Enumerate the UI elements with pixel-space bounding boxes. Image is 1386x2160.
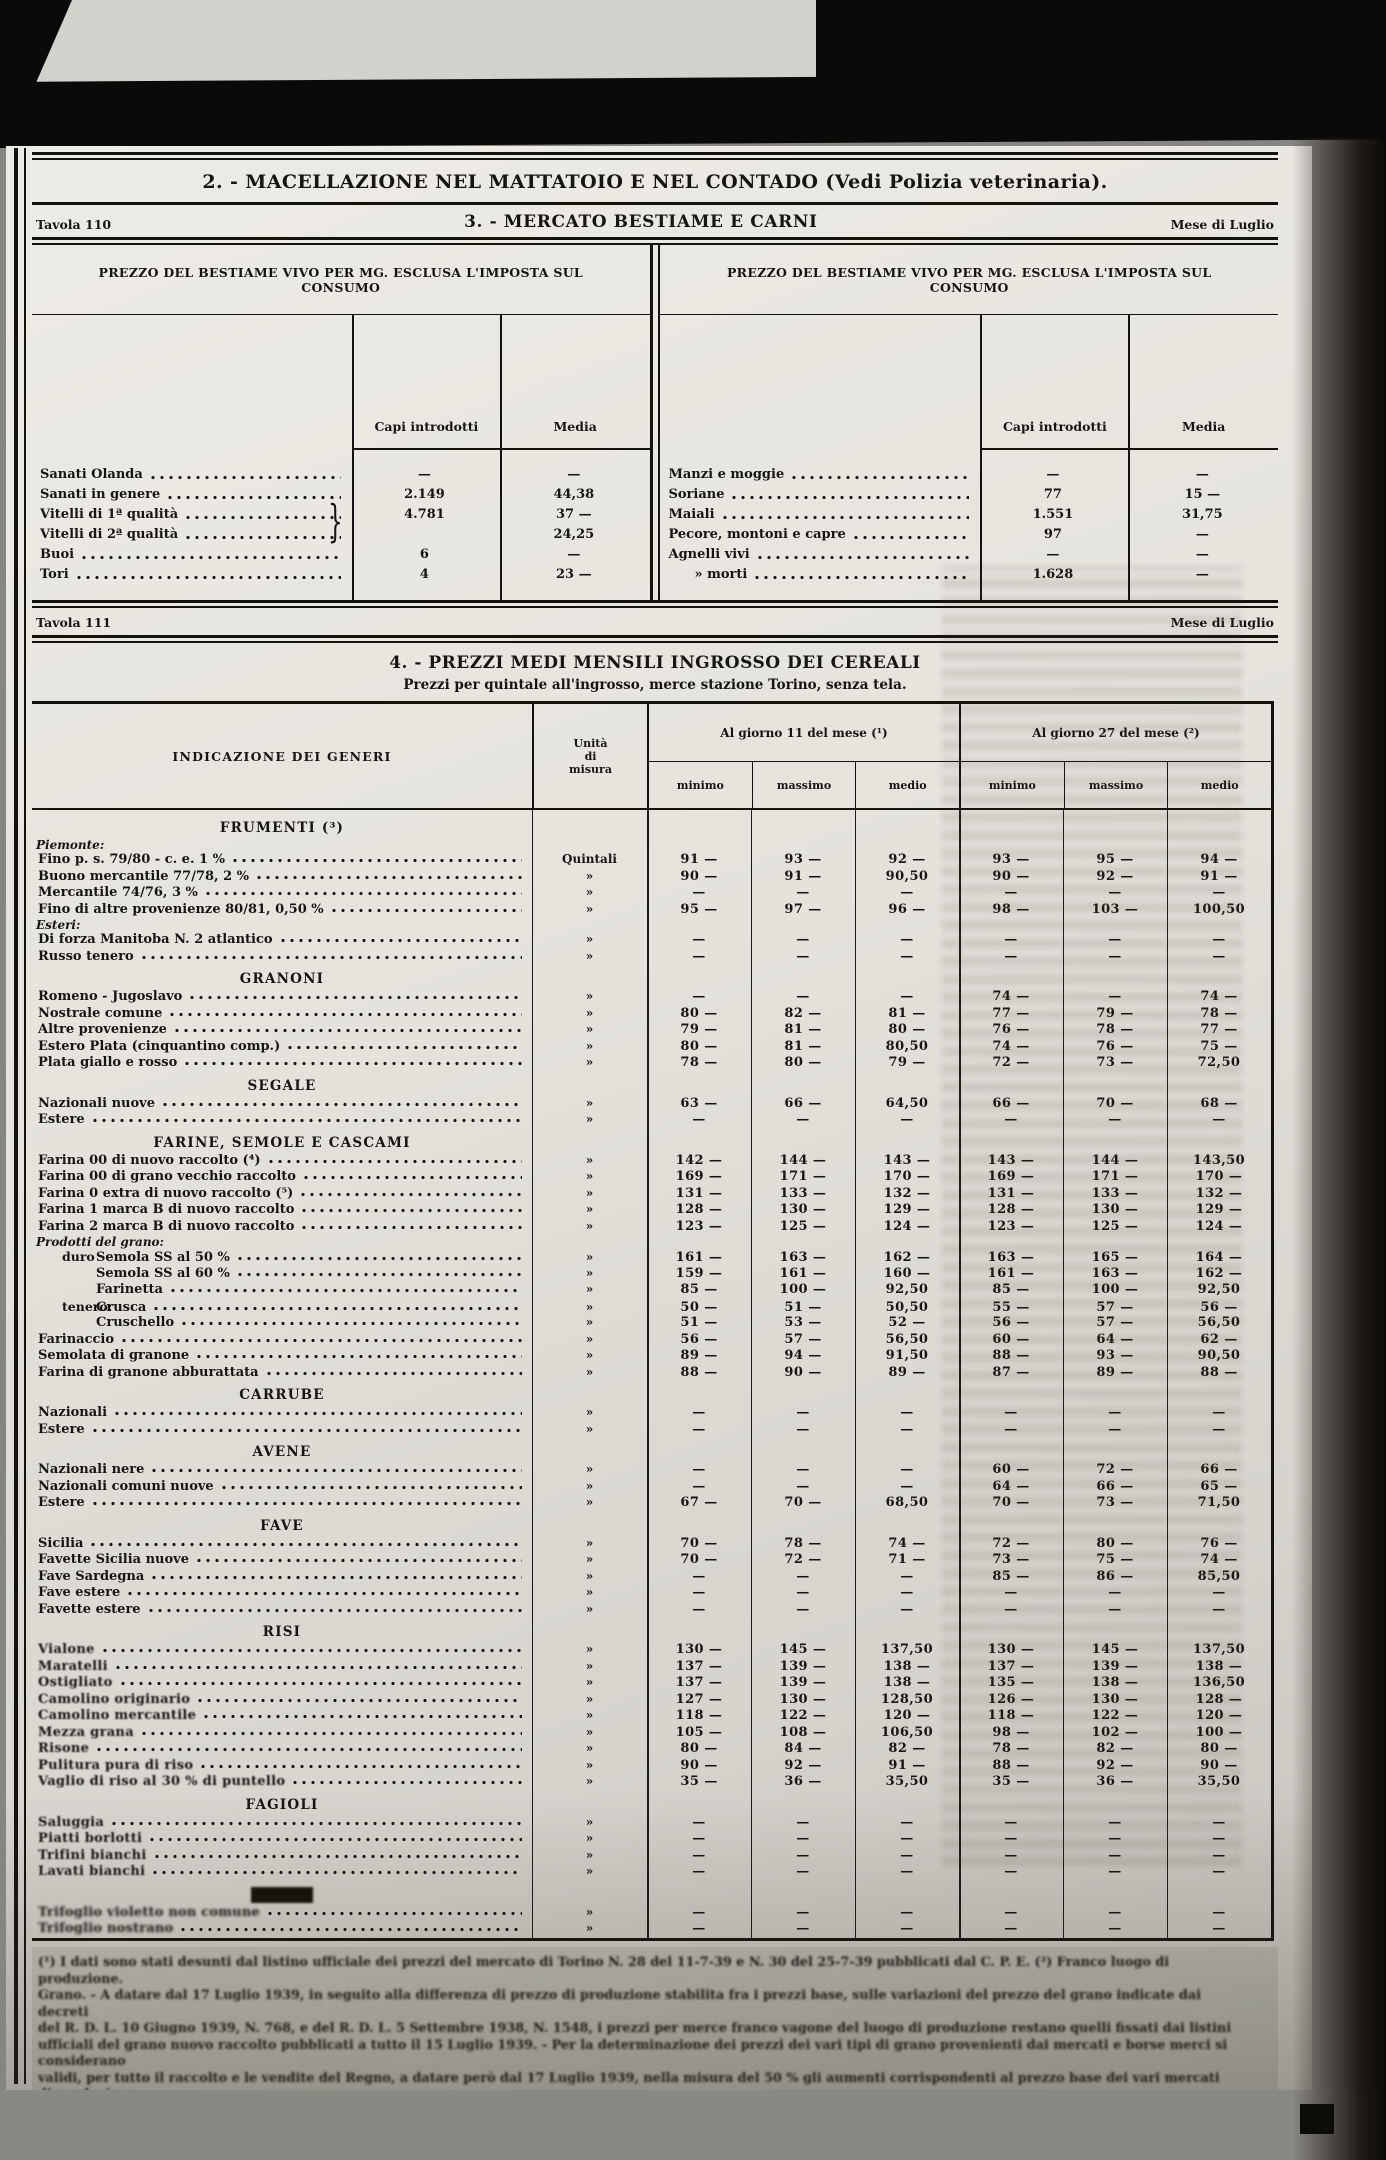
price-cell: 129 — — [855, 1202, 959, 1217]
row-label-wrap: Maiali — [660, 505, 979, 524]
price-cell: — — [855, 1479, 959, 1494]
capi-value: 4.781 — [351, 505, 498, 524]
price-cell: — — [1063, 885, 1167, 900]
section-header-text: FAGIOLI — [245, 1797, 318, 1813]
price-cell: — — [751, 1405, 855, 1420]
media-value: 23 — — [498, 565, 649, 584]
price-cell: 133 — — [751, 1186, 855, 1201]
price-cell: 63 — — [647, 1096, 751, 1111]
row-label: Maratelli — [38, 1659, 108, 1674]
price-cell: 143,50 — [1167, 1153, 1271, 1168]
row-label: Camolino mercantile — [38, 1708, 196, 1723]
row-label-wrap: Favette estere — [32, 1602, 532, 1617]
dot-leader — [149, 1608, 522, 1613]
price-cell: — — [751, 1815, 855, 1830]
dot-leader — [185, 1061, 522, 1066]
price-cell: 50,50 — [855, 1300, 959, 1315]
section-4-subtitle: Prezzi per quintale all'ingrosso, merce … — [32, 675, 1278, 701]
dot-leader — [238, 1256, 522, 1261]
price-cell: 142 — — [647, 1153, 751, 1168]
row-label: Nostrale comune — [38, 1006, 162, 1021]
cereal-row: tenero:Crusca»50 —51 —50,5055 —57 —56 — — [32, 1299, 1271, 1316]
price-cell: — — [959, 1815, 1063, 1830]
row-label-wrap: Sanati in genere — [32, 485, 351, 504]
dot-leader — [171, 1288, 522, 1293]
dot-leader — [154, 1306, 522, 1311]
price-cell: 80 — — [647, 1006, 751, 1021]
row-label: Estere — [38, 1495, 85, 1510]
dot-leader — [302, 1208, 522, 1213]
price-cell: 91 — — [647, 852, 751, 867]
dot-leader — [201, 1764, 522, 1769]
row-label-wrap: Farinaccio — [32, 1332, 532, 1347]
row-label: Cruschello — [96, 1315, 174, 1330]
column-line — [855, 810, 856, 1938]
bestiame-right-rows: Manzi e moggie——Soriane7715 —Maiali1.551… — [660, 465, 1278, 585]
cereal-row: Saluggia»—————— — [32, 1815, 1271, 1832]
bestiame-left-subheader: Capi introdotti Media — [352, 315, 650, 450]
row-label: Estere — [38, 1422, 85, 1437]
price-cell: 68,50 — [855, 1495, 959, 1510]
row-label-wrap: Trifini bianchi — [32, 1848, 532, 1863]
price-cell: 35,50 — [1167, 1774, 1271, 1789]
dot-leader — [293, 1780, 522, 1785]
section-header: FAGIOLI — [32, 1791, 532, 1815]
section-header-text: FRUMENTI (³) — [220, 820, 344, 836]
section-header-text: FAVE — [260, 1518, 304, 1534]
price-cell: — — [959, 932, 1063, 947]
indicazione-generi-header: INDICAZIONE DEI GENERI — [32, 704, 532, 808]
row-label: Farina 1 marca B di nuovo raccolto — [38, 1202, 294, 1217]
price-cell: — — [1063, 1848, 1167, 1863]
price-cell: — — [855, 1905, 959, 1920]
rule — [32, 152, 1278, 160]
row-label-wrap: Nazionali — [32, 1405, 532, 1420]
row-label-wrap: Estere — [32, 1112, 532, 1127]
price-cell: — — [647, 1921, 751, 1936]
row-label: Vitelli di 1ª qualità — [40, 505, 178, 524]
capi-value: 2.149 — [351, 485, 498, 504]
price-cell: 137 — — [647, 1659, 751, 1674]
price-cell: — — [1167, 1585, 1271, 1600]
unit-cell: » — [532, 902, 647, 917]
price-cell: 90 — — [751, 1365, 855, 1380]
row-label: Soriane — [668, 485, 724, 504]
row-label-wrap: Nostrale comune — [32, 1006, 532, 1021]
tavola-111-label: Tavola 111 — [36, 615, 111, 630]
row-label-wrap: Camolino mercantile — [32, 1708, 532, 1723]
price-cell: 74 — — [959, 989, 1063, 1004]
cereal-row: Mercantile 74/76, 3 %»—————— — [32, 885, 1271, 902]
unit-cell: » — [532, 949, 647, 964]
row-prefix: tenero: — [38, 1299, 96, 1314]
price-cell: — — [1063, 1585, 1167, 1600]
price-cell: 122 — — [751, 1708, 855, 1723]
price-cell: 88 — — [959, 1758, 1063, 1773]
row-label-wrap: Pulitura pura di riso — [32, 1758, 532, 1773]
unit-cell: Quintali — [532, 852, 647, 867]
scan-blob-top-right — [816, 0, 1386, 85]
price-cell: — — [647, 1462, 751, 1477]
price-cell: — — [751, 1602, 855, 1617]
price-cell: 120 — — [1167, 1708, 1271, 1723]
price-cell: 106,50 — [855, 1725, 959, 1740]
price-cell: 102 — — [1063, 1725, 1167, 1740]
row-label: Fave estere — [38, 1585, 120, 1600]
price-cell: 56,50 — [1167, 1315, 1271, 1330]
dot-leader — [112, 1821, 522, 1826]
unit-cell: » — [532, 1169, 647, 1184]
price-cell: 138 — — [1167, 1659, 1271, 1674]
unit-cell: » — [532, 1552, 647, 1567]
price-cell: — — [855, 1422, 959, 1437]
bestiame-right-subheader: Capi introdotti Media — [980, 315, 1278, 450]
dot-leader — [151, 475, 341, 480]
cereal-row: Fino di altre provenienze 80/81, 0,50 %»… — [32, 902, 1271, 919]
price-cell: — — [1063, 1831, 1167, 1846]
price-cell: 81 — — [751, 1022, 855, 1037]
row-label-wrap: Farina 00 di grano vecchio raccolto — [32, 1169, 532, 1184]
price-cell: — — [855, 1815, 959, 1830]
section-4-title: 4. - PREZZI MEDI MENSILI INGROSSO DEI CE… — [32, 643, 1278, 675]
cereal-row: Favette Sicilia nuove»70 —72 —71 —73 —75… — [32, 1552, 1271, 1569]
price-cell: 100,50 — [1167, 902, 1271, 917]
dot-leader — [122, 1338, 522, 1343]
price-cell: 144 — — [751, 1153, 855, 1168]
bestiame-row: Pecore, montoni e capre97— — [660, 525, 1278, 545]
unit-cell: » — [532, 1479, 647, 1494]
cereal-row: Trifoglio violetto non comune»—————— — [32, 1905, 1271, 1922]
dot-leader — [153, 1870, 522, 1875]
price-cell: 55 — — [959, 1300, 1063, 1315]
price-cell: 128 — — [647, 1202, 751, 1217]
row-label-wrap: Buono mercantile 77/78, 2 % — [32, 869, 532, 884]
section-header: SEMI — [32, 1881, 532, 1905]
price-cell: 171 — — [751, 1169, 855, 1184]
row-label-wrap: Farina 0 extra di nuovo raccolto (⁵) — [32, 1186, 532, 1201]
cereal-row: Semola SS al 60 %»159 —161 —160 —161 —16… — [32, 1266, 1271, 1283]
section-header: SEGALE — [32, 1072, 532, 1096]
price-cell: 89 — — [1063, 1365, 1167, 1380]
price-cell: 70 — — [647, 1552, 751, 1567]
unit-cell: » — [532, 1741, 647, 1756]
unita-misura-header: Unitàdimisura — [532, 704, 647, 808]
row-label-wrap: Plata giallo e rosso — [32, 1055, 532, 1070]
rule — [32, 237, 1278, 245]
price-cell: 90 — — [647, 869, 751, 884]
row-label-wrap: Piatti borlotti — [32, 1831, 532, 1846]
row-label-wrap: Russo tenero — [32, 949, 532, 964]
price-cell: 93 — — [751, 852, 855, 867]
price-cell: 135 — — [959, 1675, 1063, 1690]
bestiame-right-grid: Capi introdotti Media Manzi e moggie——So… — [660, 315, 1278, 600]
price-cell: 78 — — [751, 1536, 855, 1551]
row-label-wrap: Vialone — [32, 1642, 532, 1657]
row-label: Piatti borlotti — [38, 1831, 142, 1846]
giorno-27-group: Al giorno 27 del mese (²) minimo massimo… — [959, 704, 1271, 808]
row-label-wrap: Nazionali nuove — [32, 1096, 532, 1111]
price-cell: 35 — — [647, 1774, 751, 1789]
row-prefix: duro — [38, 1249, 96, 1264]
price-cell: 57 — — [751, 1332, 855, 1347]
dot-leader — [93, 1428, 522, 1433]
dot-leader — [142, 955, 522, 960]
price-cell: 92 — — [1063, 1758, 1167, 1773]
unit-cell: » — [532, 1774, 647, 1789]
row-label: Trifoglio nostrano — [38, 1921, 173, 1936]
row-label-wrap: Vitelli di 1ª qualità — [32, 505, 351, 524]
price-cell: 51 — — [647, 1315, 751, 1330]
price-cell: 139 — — [751, 1659, 855, 1674]
price-cell: 127 — — [647, 1692, 751, 1707]
price-cell: 72 — — [959, 1536, 1063, 1551]
dot-leader — [723, 515, 970, 520]
price-cell: 169 — — [959, 1169, 1063, 1184]
row-label-wrap: Fave Sardegna — [32, 1569, 532, 1584]
price-cell: 81 — — [751, 1039, 855, 1054]
cereal-row: Farina 2 marca B di nuovo raccolto»123 —… — [32, 1219, 1271, 1236]
cereal-row: Nazionali nuove»63 —66 —64,5066 —70 —68 … — [32, 1096, 1271, 1113]
row-label: Farinaccio — [38, 1332, 114, 1347]
row-label-wrap: Estere — [32, 1495, 532, 1510]
row-label: Vaglio di riso al 30 % di puntello — [38, 1774, 285, 1789]
price-cell: 73 — — [959, 1552, 1063, 1567]
row-label: Nazionali nuove — [38, 1096, 155, 1111]
price-cell: — — [647, 932, 751, 947]
dot-leader — [82, 555, 341, 560]
price-cell: 56 — — [1167, 1300, 1271, 1315]
bestiame-right-header: PREZZO DEL BESTIAME VIVO PER MG. ESCLUSA… — [660, 245, 1278, 315]
price-cell: 78 — — [1167, 1006, 1271, 1021]
bestiame-table: PREZZO DEL BESTIAME VIVO PER MG. ESCLUSA… — [32, 245, 1278, 603]
price-cell: — — [751, 1585, 855, 1600]
price-cell: 138 — — [855, 1675, 959, 1690]
price-cell: — — [1167, 1905, 1271, 1920]
giorno-11-header: Al giorno 11 del mese (¹) — [649, 704, 959, 762]
price-cell: 90,50 — [855, 869, 959, 884]
price-cell: 91,50 — [855, 1348, 959, 1363]
price-cell: 66 — — [1063, 1479, 1167, 1494]
cereal-row: Maratelli»137 —139 —138 —137 —139 —138 — — [32, 1659, 1271, 1676]
price-cell: 91 — — [751, 869, 855, 884]
dot-leader — [304, 1175, 522, 1180]
price-cell: — — [1063, 1864, 1167, 1879]
group-label: Prodotti del grano: — [32, 1235, 1271, 1249]
group-label: Esteri: — [32, 918, 1271, 932]
price-cell: — — [1063, 949, 1167, 964]
paper: 2. - MACELLAZIONE NEL MATTATOIO E NEL CO… — [6, 146, 1312, 2090]
price-cell: 64 — — [1063, 1332, 1167, 1347]
bestiame-row: Tori423 — — [32, 565, 650, 585]
media-value: — — [1127, 545, 1278, 564]
price-cell: — — [751, 1905, 855, 1920]
price-cell: — — [647, 1864, 751, 1879]
unit-cell: » — [532, 1348, 647, 1363]
scan-bottom-area — [0, 2090, 1386, 2160]
bestiame-row: Buoi6— — [32, 545, 650, 565]
unita-misura-line: di — [585, 750, 597, 763]
unit-cell: » — [532, 1905, 647, 1920]
price-cell: — — [751, 1831, 855, 1846]
row-label: Agnelli vivi — [668, 545, 749, 564]
row-label-wrap: Nazionali comuni nuove — [32, 1479, 532, 1494]
price-cell: 125 — — [1063, 1219, 1167, 1234]
row-label: Risone — [38, 1741, 89, 1756]
price-cell: 139 — — [751, 1675, 855, 1690]
unit-cell: » — [532, 1202, 647, 1217]
price-cell: — — [855, 885, 959, 900]
price-cell: 75 — — [1167, 1039, 1271, 1054]
price-cell: 80 — — [1063, 1536, 1167, 1551]
dot-leader — [155, 1854, 522, 1859]
price-cell: — — [959, 1602, 1063, 1617]
bestiame-left-header: PREZZO DEL BESTIAME VIVO PER MG. ESCLUSA… — [32, 245, 650, 315]
price-cell: 60 — — [959, 1462, 1063, 1477]
cereal-row: Favette estere»—————— — [32, 1602, 1271, 1619]
unit-cell: » — [532, 1462, 647, 1477]
unit-cell: » — [532, 1725, 647, 1740]
price-cell: 74 — — [959, 1039, 1063, 1054]
row-label: Fave Sardegna — [38, 1569, 144, 1584]
row-label: Semola SS al 60 % — [96, 1266, 230, 1281]
unit-cell: » — [532, 1096, 647, 1111]
cereal-row: Nazionali nere»———60 —72 —66 — — [32, 1462, 1271, 1479]
price-cell: — — [959, 949, 1063, 964]
price-cell: 137 — — [959, 1659, 1063, 1674]
price-cell: — — [959, 1422, 1063, 1437]
row-label-wrap: Soriane — [660, 485, 979, 504]
unit-cell: » — [532, 1692, 647, 1707]
cereal-row: Fino p. s. 79/80 - c. e. 1 %Quintali91 —… — [32, 852, 1271, 869]
price-cell: 90 — — [647, 1758, 751, 1773]
cereal-row: Fave estere»—————— — [32, 1585, 1271, 1602]
row-label: Mezza grana — [38, 1725, 134, 1740]
dot-leader — [186, 535, 341, 540]
price-cell: 122 — — [1063, 1708, 1167, 1723]
price-cell: 137 — — [647, 1675, 751, 1690]
dot-leader — [758, 555, 970, 560]
cereal-row: Mezza grana»105 —108 —106,5098 —102 —100… — [32, 1725, 1271, 1742]
column-line — [959, 810, 961, 1938]
row-label-wrap: Cruschello — [32, 1315, 532, 1330]
price-cell: 56 — — [647, 1332, 751, 1347]
price-cell: — — [647, 1585, 751, 1600]
row-label: Fino di altre provenienze 80/81, 0,50 % — [38, 902, 324, 917]
cereal-row: Camolino originario»127 —130 —128,50126 … — [32, 1692, 1271, 1709]
column-line — [532, 810, 533, 1938]
price-cell: 64 — — [959, 1479, 1063, 1494]
price-cell: 138 — — [855, 1659, 959, 1674]
page-content: 2. - MACELLAZIONE NEL MATTATOIO E NEL CO… — [32, 146, 1278, 2155]
price-cell: — — [855, 1569, 959, 1584]
price-cell: 93 — — [1063, 1348, 1167, 1363]
row-label-wrap: Di forza Manitoba N. 2 atlantico — [32, 932, 532, 947]
price-cell: 170 — — [855, 1169, 959, 1184]
dot-leader — [77, 575, 341, 580]
price-cell: 92 — — [855, 852, 959, 867]
massimo-header: massimo — [752, 762, 856, 808]
price-cell: 128 — — [1167, 1692, 1271, 1707]
cereal-row: Russo tenero»—————— — [32, 949, 1271, 966]
price-cell: — — [1167, 1815, 1271, 1830]
unita-misura-line: misura — [569, 763, 612, 776]
capi-value: — — [979, 545, 1126, 564]
unit-cell: » — [532, 1405, 647, 1420]
cereali-header: INDICAZIONE DEI GENERI Unitàdimisura Al … — [32, 704, 1271, 810]
unit-cell: » — [532, 1422, 647, 1437]
price-cell: 67 — — [647, 1495, 751, 1510]
price-cell: 74 — — [1167, 1552, 1271, 1567]
row-label-wrap: Vaglio di riso al 30 % di puntello — [32, 1774, 532, 1789]
price-cell: 118 — — [959, 1708, 1063, 1723]
dot-leader — [163, 1102, 522, 1107]
price-cell: — — [959, 1905, 1063, 1920]
price-cell: — — [855, 1462, 959, 1477]
price-cell: 165 — — [1063, 1250, 1167, 1265]
price-cell: 170 — — [1167, 1169, 1271, 1184]
unit-cell: » — [532, 1642, 647, 1657]
dot-leader — [281, 938, 522, 943]
row-label-wrap: Trifoglio nostrano — [32, 1921, 532, 1936]
price-cell: 125 — — [751, 1219, 855, 1234]
price-cell: 131 — — [647, 1186, 751, 1201]
row-label-wrap: Farina 2 marca B di nuovo raccolto — [32, 1219, 532, 1234]
unit-cell: » — [532, 1569, 647, 1584]
media-value: 44,38 — [498, 485, 649, 504]
unit-cell: » — [532, 1831, 647, 1846]
price-cell: 96 — — [855, 902, 959, 917]
row-label-wrap: Lavati bianchi — [32, 1864, 532, 1879]
row-label: Buoi — [40, 545, 74, 564]
price-cell: — — [751, 885, 855, 900]
dot-leader — [332, 908, 522, 913]
price-cell: 72,50 — [1167, 1055, 1271, 1070]
row-label-wrap: Fino di altre provenienze 80/81, 0,50 % — [32, 902, 532, 917]
dot-leader — [186, 515, 341, 520]
price-cell: — — [959, 1831, 1063, 1846]
price-cell: 35 — — [959, 1774, 1063, 1789]
unit-cell: » — [532, 1758, 647, 1773]
footnote-line: ufficiali del grano nuovo raccolto pubbl… — [38, 2038, 1234, 2071]
unit-cell: » — [532, 1153, 647, 1168]
row-label: Nazionali — [38, 1405, 107, 1420]
dot-leader — [854, 535, 969, 540]
footnote-line: del R. D. L. 10 Giugno 1939, N. 768, e d… — [38, 2021, 1234, 2038]
price-cell: 89 — — [855, 1365, 959, 1380]
price-cell: 84 — — [751, 1741, 855, 1756]
price-cell: 87 — — [959, 1365, 1063, 1380]
dot-leader — [267, 1371, 522, 1376]
dot-leader — [181, 1927, 522, 1932]
footnote-line: Grano. - A datare dal 17 Luglio 1939, in… — [38, 1988, 1234, 2021]
price-cell: — — [1167, 1112, 1271, 1127]
price-cell: 85 — — [959, 1282, 1063, 1297]
unit-cell: » — [532, 1022, 647, 1037]
row-label-wrap: tenero:Crusca — [32, 1299, 532, 1315]
price-cell: 74 — — [855, 1536, 959, 1551]
price-cell: 100 — — [1167, 1725, 1271, 1740]
price-cell: 137,50 — [855, 1642, 959, 1657]
cereal-row: Altre provenienze»79 —81 —80 —76 —78 —77… — [32, 1022, 1271, 1039]
price-cell: 132 — — [1167, 1186, 1271, 1201]
row-label: Tori — [40, 565, 69, 584]
dot-leader — [142, 1731, 522, 1736]
dot-leader — [103, 1648, 522, 1653]
dot-leader — [792, 475, 969, 480]
cereal-row: Trifini bianchi»—————— — [32, 1848, 1271, 1865]
row-label-wrap: Pecore, montoni e capre — [660, 525, 979, 544]
dot-leader — [755, 575, 969, 580]
